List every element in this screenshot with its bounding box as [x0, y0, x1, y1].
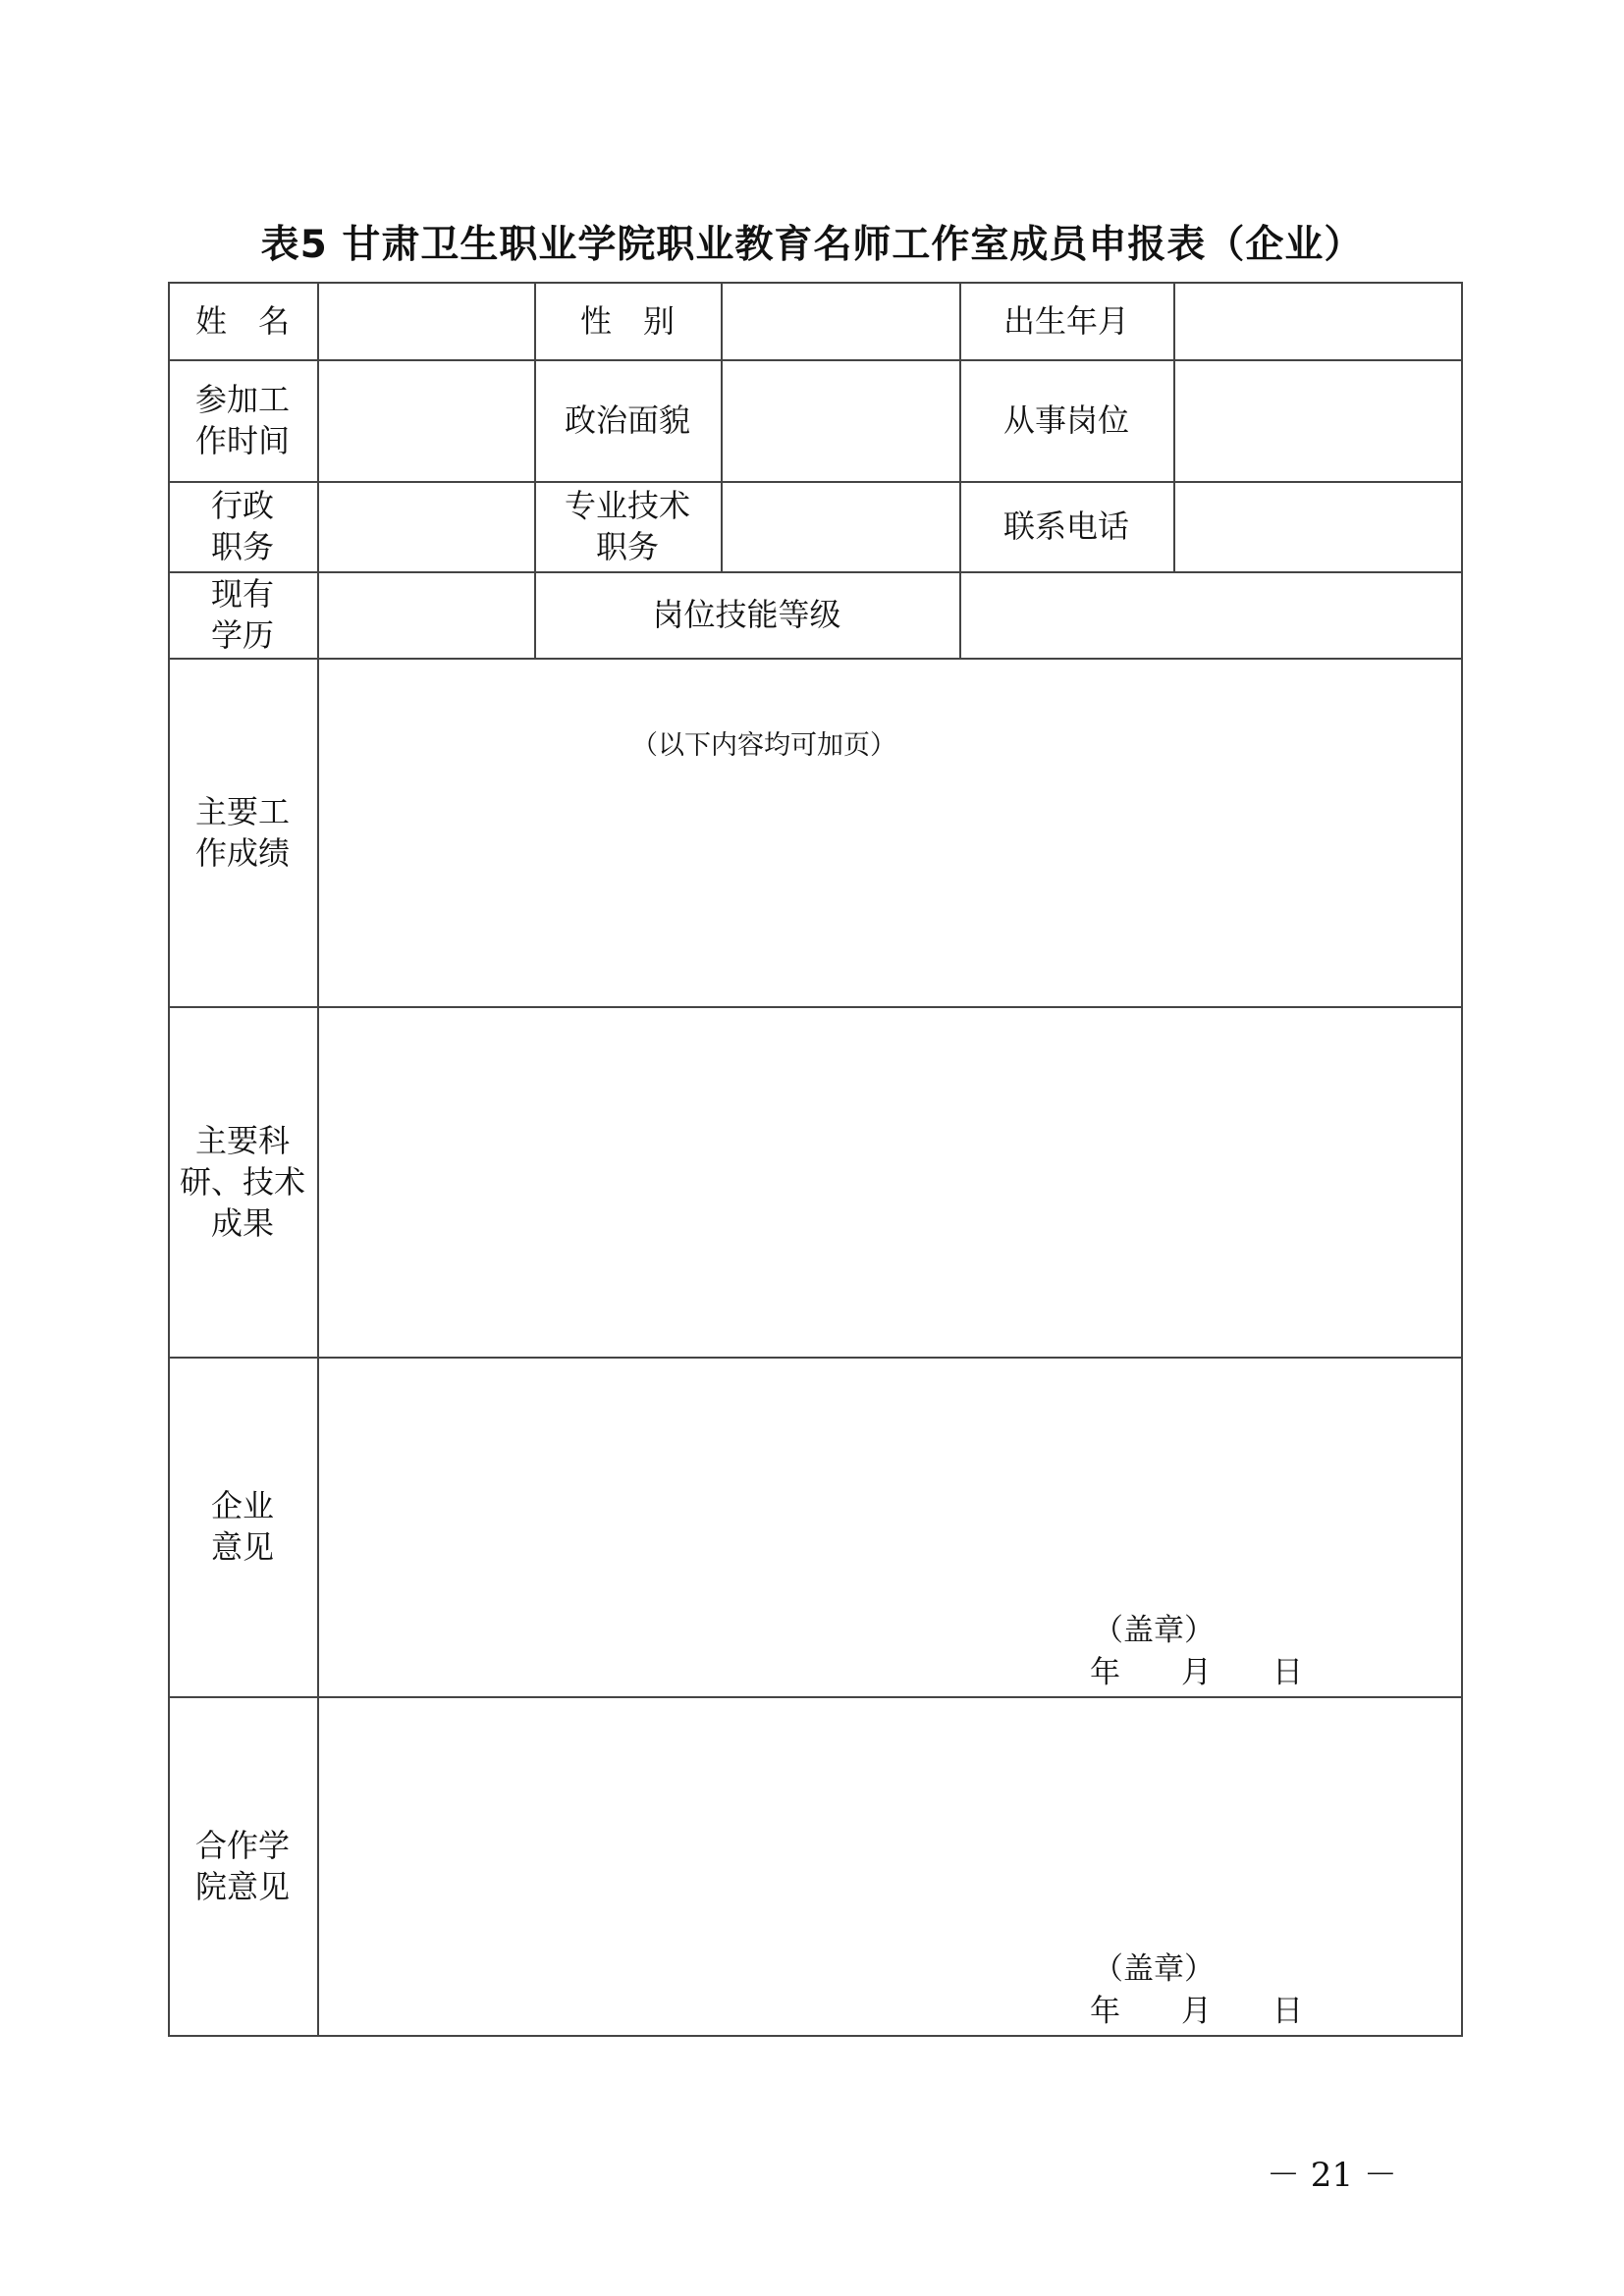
- research-achievements-field[interactable]: [317, 1006, 1461, 1357]
- political-status-field[interactable]: [721, 359, 959, 481]
- college-date-label: 年 月 日: [1090, 1986, 1303, 2030]
- college-opinion-label: 合作学 院意见: [168, 1696, 317, 2036]
- gender-label: 性 别: [534, 282, 721, 359]
- skill-level-label: 岗位技能等级: [534, 571, 959, 658]
- phone-field[interactable]: [1173, 481, 1461, 571]
- enterprise-opinion-label: 企业 意见: [168, 1357, 317, 1696]
- technical-title-field[interactable]: [721, 481, 959, 571]
- work-start-date-label: 参加工 作时间: [168, 359, 317, 481]
- phone-label: 联系电话: [959, 481, 1173, 571]
- birth-date-label: 出生年月: [959, 282, 1173, 359]
- education-label: 现有 学历: [168, 571, 317, 658]
- political-status-label: 政治面貌: [534, 359, 721, 481]
- name-field[interactable]: [317, 282, 534, 359]
- education-field[interactable]: [317, 571, 534, 658]
- college-seal-label: （盖章）: [1093, 1944, 1215, 1988]
- achievements-field[interactable]: （以下内容均可加页）: [317, 658, 1461, 1006]
- document-title: 表5 甘肃卫生职业学院职业教育名师工作室成员申报表（企业）: [0, 214, 1624, 269]
- enterprise-seal-label: （盖章）: [1093, 1605, 1215, 1649]
- name-label: 姓 名: [168, 282, 317, 359]
- enterprise-date-label: 年 月 日: [1090, 1647, 1303, 1691]
- college-opinion-field[interactable]: （盖章） 年 月 日: [317, 1696, 1461, 2036]
- technical-title-label: 专业技术 职务: [534, 481, 721, 571]
- page-number: － 21 －: [1267, 2148, 1397, 2196]
- current-position-label: 从事岗位: [959, 359, 1173, 481]
- research-achievements-label: 主要科 研、技术 成果: [168, 1006, 317, 1357]
- gender-field[interactable]: [721, 282, 959, 359]
- table-border-right: [1461, 282, 1463, 2037]
- birth-date-field[interactable]: [1173, 282, 1461, 359]
- achievements-label: 主要工 作成绩: [168, 658, 317, 1006]
- admin-title-field[interactable]: [317, 481, 534, 571]
- admin-title-label: 行政 职务: [168, 481, 317, 571]
- additional-pages-note: （以下内容均可加页）: [631, 723, 896, 762]
- work-start-date-field[interactable]: [317, 359, 534, 481]
- enterprise-opinion-field[interactable]: （盖章） 年 月 日: [317, 1357, 1461, 1696]
- skill-level-field[interactable]: [959, 571, 1461, 658]
- current-position-field[interactable]: [1173, 359, 1461, 481]
